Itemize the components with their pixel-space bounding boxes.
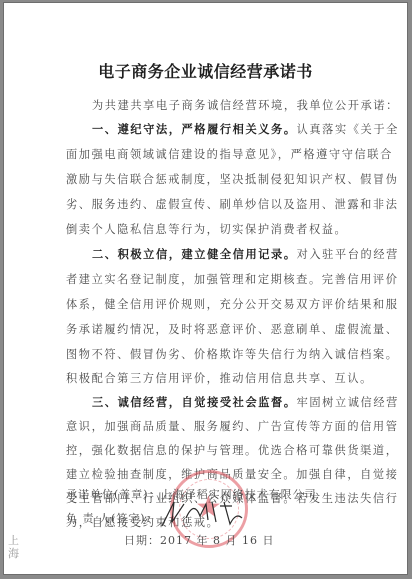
section-2-line: 务承诺履约情况，及时将恶意评价、恶意刷单、虚假流量、 [66,321,398,337]
section-2-line: 积极配合第三方信用评价，推动信用信息共享、互认。 [66,370,373,386]
section-1-first-line: 一、遵纪守法，严格履行相关义务。认真落实《关于全 [92,121,399,137]
section-1-line: 面加强电商领域诚信建设的指导意见》，严格遵守守信联合 [66,146,393,162]
section-1-heading: 一、遵纪守法，严格履行相关义务。 [92,122,297,136]
intro-text: 为共建共享电子商务诚信经营环境，我单位公开承诺： [92,97,399,113]
section-1-line: 倒卖个人隐私信息等行为，切实保护消费者权益。 [66,221,347,237]
section-2-line: 图物不符、假冒伪劣、价格欺诈等失信行为纳入诚信档案。 [66,346,398,362]
section-1-line: 劣、服务违约、虚假宣传、刷单炒信以及盗用、泄露和非法 [66,196,398,212]
date-line: 日期：2017 年 8 月 16 日 [124,532,274,548]
section-2-heading: 二、积极立信，建立健全信用记录。 [92,247,297,261]
section-3-line: 意识，加强商品质量、服务履约、广告宣传等方面的信用管 [66,418,398,434]
handwritten-signature [160,498,245,528]
margin-handwritten-note: 上海 [8,534,19,560]
section-2-line: 体系，健全信用评价规则，充分公开交易双方评价结果和服 [66,296,398,312]
section-3-heading: 三、诚信经营，自觉接受社会监督。 [92,395,297,409]
date-value: 2017 年 8 月 16 日 [160,534,274,547]
person-label: 负 责 人(签字)： [66,510,158,526]
section-1-line: 激励与失信联合惩戒制度，坚决抵制侵犯知识产权、假冒伪 [66,171,398,187]
section-3-first-line: 三、诚信经营，自觉接受社会监督。牢固树立诚信经营 [92,394,399,410]
section-2-first-line: 二、积极立信，建立健全信用记录。对入驻平台的经营 [92,246,399,262]
section-3-line: 控，强化数据信息的保护与管理。优选合格可靠供货渠道， [66,442,398,458]
document-title: 电子商务企业诚信经营承诺书 [4,59,407,82]
section-2-line: 者建立实名登记制度，加强管理和定期核查。完善信用评价 [66,271,398,287]
date-label: 日期： [124,534,160,547]
unit-label: 承诺单位(盖章)： [66,488,161,501]
